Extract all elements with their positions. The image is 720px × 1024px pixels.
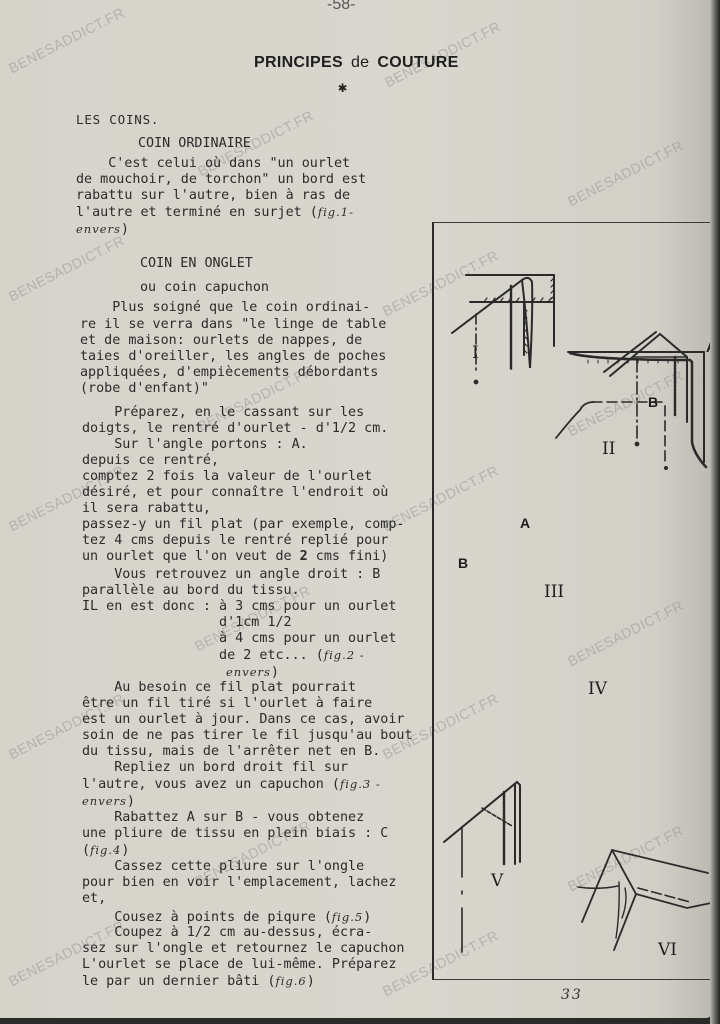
text-line: de mouchoir, de torchon" un bord est <box>76 172 366 188</box>
text-line: appliquées, d'empiècements débordants <box>80 365 378 381</box>
figure-ref: envers <box>226 665 271 679</box>
text-segment: le par un dernier bâti ( <box>82 974 275 989</box>
figure-label-I: I <box>472 343 479 363</box>
figure-label-IV: IV <box>588 679 608 699</box>
text-segment-bold: 2 <box>300 549 308 564</box>
text-line: désiré, et pour connaître l'endroit où <box>82 485 388 501</box>
figure-ref: fig.4 <box>90 843 121 857</box>
text-line: re il se verra dans "le linge de table <box>80 317 386 333</box>
text-segment: ) <box>121 843 129 858</box>
text-line: (fig.4) <box>82 842 129 859</box>
text-segment: cms fini) <box>308 549 389 564</box>
text-segment: ) <box>363 910 371 925</box>
text-line: être un fil tiré si l'ourlet à faire <box>82 696 372 712</box>
point-label-b: B <box>648 394 658 410</box>
text-line: rabattu sur l'autre, bien à ras de <box>76 188 350 204</box>
point-label-a: A <box>520 515 530 531</box>
text-line: Au besoin ce fil plat pourrait <box>82 680 356 696</box>
figure-3-hood <box>452 278 532 383</box>
text-line: sez sur l'ongle et retournez le capuchon <box>82 941 404 957</box>
title-principes: PRINCIPES <box>254 54 343 71</box>
text-line: envers) <box>226 664 279 681</box>
text-line: C'est celui où dans "un ourlet <box>76 156 350 172</box>
text-segment: l'autre et terminé en surjet ( <box>76 205 318 220</box>
text-line: parallèle au bord du tissu. <box>82 583 300 599</box>
text-segment: ) <box>121 222 129 237</box>
text-line: l'autre, vous avez un capuchon (fig.3 - <box>82 776 381 793</box>
text-line: à 4 cms pour un ourlet <box>82 631 396 647</box>
text-line: est un ourlet à jour. Dans ce cas, avoir <box>82 712 404 728</box>
figure-ref: fig.6 <box>275 974 306 988</box>
text-line: soin de ne pas tirer le fil jusqu'au bou… <box>82 728 413 744</box>
figure-6-finished-hood <box>578 850 716 950</box>
text-line: taies d'oreiller, les angles de poches <box>80 349 386 365</box>
text-line: Préparez, en le cassant sur les <box>82 405 364 421</box>
page-edge-shadow <box>710 0 720 1024</box>
figure-ref: envers <box>82 794 127 808</box>
text-line: Sur l'angle portons : A. <box>82 437 308 453</box>
figure-ref: envers <box>76 222 121 236</box>
subheading-coin-capuchon: ou coin capuchon <box>140 280 269 296</box>
text-line: de 2 etc... (fig.2 - <box>82 647 365 664</box>
figure-2-mitered-start <box>556 352 706 469</box>
text-line: d'1cm 1/2 <box>82 615 292 631</box>
figure-label-V: V <box>490 871 504 891</box>
text-line: comptez 2 fois la valeur de l'ourlet <box>82 469 372 485</box>
figure-ref: fig.2 - <box>324 648 365 662</box>
watermark: BENESADDICT.FR <box>565 137 686 209</box>
figure-4-bias-fold <box>604 332 687 445</box>
text-line: Rabattez A sur B - vous obtenez <box>82 810 364 826</box>
text-segment: de 2 etc... ( <box>82 648 324 663</box>
text-segment: Cousez à points de piqure ( <box>82 910 332 925</box>
point-label-b: B <box>458 555 468 571</box>
asterisk-ornament: ✱ <box>338 78 347 96</box>
text-line: il sera rabattu, <box>82 501 211 517</box>
text-line: doigts, le rentré d'ourlet - d'1/2 cm. <box>82 421 388 437</box>
text-line: l'autre et terminé en surjet (fig.1- <box>76 204 354 221</box>
text-line: un ourlet que l'on veut de 2 cms fini) <box>82 549 388 565</box>
text-segment: un ourlet que l'on veut de <box>82 549 300 564</box>
page-number-top: -58- <box>327 0 355 14</box>
text-line: une pliure de tissu en plein biais : C <box>82 826 388 842</box>
page-title: PRINCIPESdeCOUTURE <box>254 54 459 72</box>
text-line: depuis ce rentré, <box>82 453 219 469</box>
figure-ref: fig.1- <box>318 205 354 219</box>
text-line: envers) <box>76 221 129 238</box>
text-line: et de maison: ourlets de nappes, de <box>80 333 362 349</box>
text-line: le par un dernier bâti (fig.6) <box>82 973 315 990</box>
figure-label-VI: VI <box>657 940 677 960</box>
scanned-page: BENESADDICT.FR BENESADDICT.FR BENESADDIC… <box>0 0 712 1018</box>
sewing-diagrams: I II III IV V VI A B A B <box>432 222 718 978</box>
text-segment: ) <box>271 665 279 680</box>
text-line: Cassez cette pliure sur l'ongle <box>82 859 364 875</box>
figure-label-III: III <box>544 582 564 602</box>
figure-5-stitching <box>444 782 520 952</box>
text-segment: ( <box>82 843 90 858</box>
figure-ref: fig.5 <box>332 910 363 924</box>
text-line: du tissu, mais de l'arrêter net en B. <box>82 744 380 760</box>
text-line: envers) <box>82 793 135 810</box>
text-line: IL en est donc : à 3 cms pour un ourlet <box>82 599 396 615</box>
text-line: L'ourlet se place de lui-même. Préparez <box>82 957 396 973</box>
text-line: tez 4 cms depuis le rentré replié pour <box>82 533 388 549</box>
text-segment: l'autre, vous avez un capuchon ( <box>82 777 340 792</box>
text-line: Cousez à points de piqure (fig.5) <box>82 909 371 926</box>
watermark: BENESADDICT.FR <box>6 232 127 304</box>
folio-number: 33 <box>561 987 583 1003</box>
title-de: de <box>351 54 369 71</box>
figure-label-II: II <box>602 439 615 459</box>
text-line: pour bien en voir l'emplacement, lachez <box>82 875 396 891</box>
text-segment: ) <box>307 974 315 989</box>
text-line: Coupez à 1/2 cm au-dessus, écra- <box>82 925 372 941</box>
heading-coin-onglet: COIN EN ONGLET <box>140 256 253 272</box>
text-line: (robe d'enfant)" <box>80 381 209 397</box>
text-line: Plus soigné que le coin ordinai- <box>80 300 370 316</box>
title-couture: COUTURE <box>377 54 458 71</box>
text-line: et, <box>82 891 106 907</box>
text-line: passez-y un fil plat (par exemple, comp- <box>82 517 404 533</box>
text-line: Vous retrouvez un angle droit : B <box>82 567 380 583</box>
watermark: BENESADDICT.FR <box>6 4 127 76</box>
heading-coin-ordinaire: COIN ORDINAIRE <box>138 136 251 152</box>
section-heading: LES COINS. <box>76 112 159 128</box>
figure-ref: fig.3 - <box>340 777 381 791</box>
text-line: Repliez un bord droit fil sur <box>82 760 348 776</box>
text-segment: ) <box>127 794 135 809</box>
